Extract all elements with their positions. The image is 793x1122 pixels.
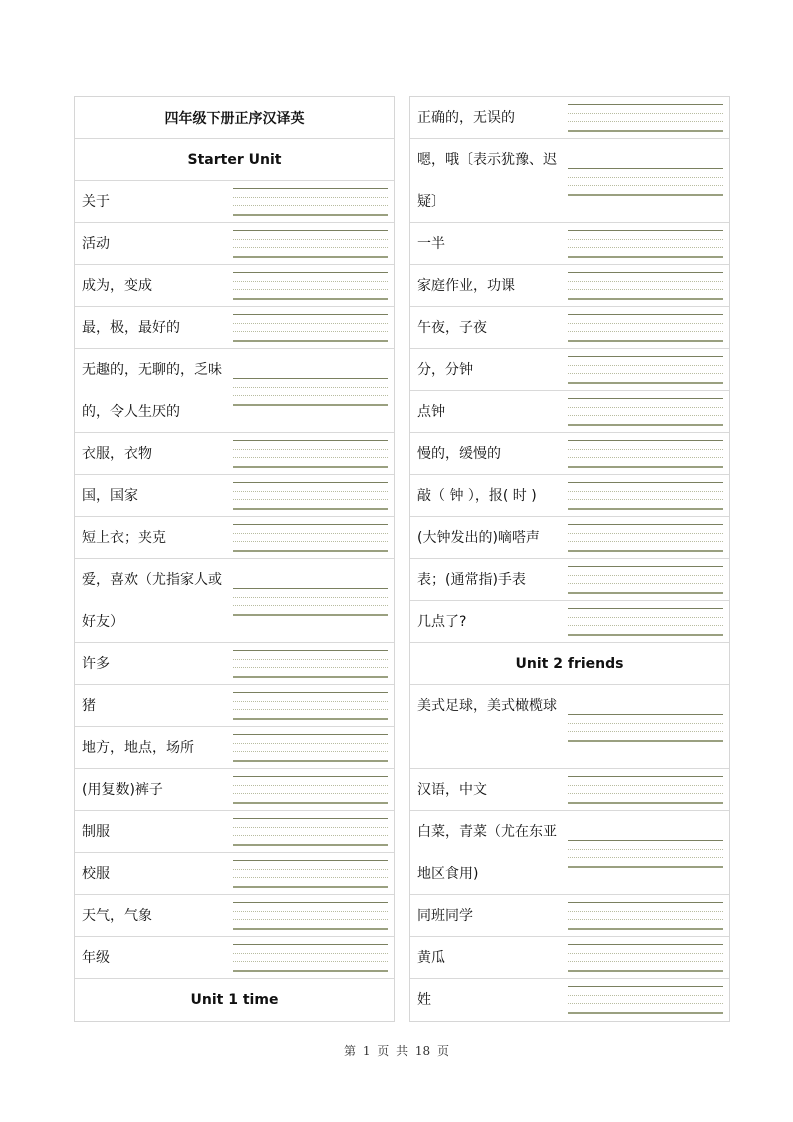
- guide-line: [233, 676, 388, 678]
- answer-writing-lines[interactable]: [568, 608, 723, 635]
- guide-line: [233, 323, 388, 324]
- guide-line: [233, 508, 388, 510]
- guide-line: [233, 614, 388, 616]
- chinese-prompt: 白菜，青菜（尤在东亚地区食用): [417, 811, 557, 895]
- answer-writing-lines[interactable]: [568, 482, 723, 509]
- guide-line: [568, 1003, 723, 1004]
- answer-writing-lines[interactable]: [233, 902, 388, 929]
- guide-line: [568, 289, 723, 290]
- guide-line: [233, 802, 388, 804]
- vocab-row: 慢的，缓慢的: [410, 433, 729, 475]
- guide-line: [233, 239, 388, 240]
- guide-line: [568, 457, 723, 458]
- guide-line: [233, 911, 388, 912]
- guide-line: [233, 378, 388, 379]
- vocab-row: 黄瓜: [410, 937, 729, 979]
- answer-writing-lines[interactable]: [568, 230, 723, 257]
- guide-line: [568, 340, 723, 342]
- vocab-row: 美式足球，美式橄榄球: [410, 685, 729, 769]
- guide-line: [568, 256, 723, 258]
- guide-line: [233, 214, 388, 216]
- guide-line: [568, 168, 723, 169]
- guide-line: [233, 205, 388, 206]
- guide-line: [233, 230, 388, 231]
- guide-line: [233, 197, 388, 198]
- vocab-row: 白菜，青菜（尤在东亚地区食用): [410, 811, 729, 895]
- guide-line: [233, 835, 388, 836]
- chinese-prompt: 猪: [82, 685, 232, 727]
- guide-line: [568, 802, 723, 804]
- page-footer: 第 1 页 共 18 页: [0, 1042, 793, 1059]
- chinese-prompt: 国，国家: [82, 475, 232, 517]
- guide-line: [568, 121, 723, 122]
- guide-line: [233, 659, 388, 660]
- answer-writing-lines[interactable]: [568, 566, 723, 593]
- guide-line: [568, 440, 723, 441]
- guide-line: [568, 323, 723, 324]
- answer-writing-lines[interactable]: [233, 230, 388, 257]
- chinese-prompt: 成为，变成: [82, 265, 232, 307]
- guide-line: [233, 818, 388, 819]
- guide-line: [568, 407, 723, 408]
- guide-line: [568, 356, 723, 357]
- vocab-row: 制服: [75, 811, 394, 853]
- guide-line: [233, 709, 388, 710]
- answer-writing-lines[interactable]: [568, 398, 723, 425]
- answer-writing-lines[interactable]: [568, 524, 723, 551]
- guide-line: [233, 588, 388, 589]
- vocab-row: 一半: [410, 223, 729, 265]
- guide-line: [233, 886, 388, 888]
- vocab-row: 猪: [75, 685, 394, 727]
- guide-line: [568, 247, 723, 248]
- guide-line: [568, 281, 723, 282]
- guide-line: [568, 944, 723, 945]
- answer-writing-lines[interactable]: [568, 104, 723, 131]
- right-vocab-table: 正确的，无误的嗯，哦〔表示犹豫、迟疑〕一半家庭作业，功课午夜，子夜分，分钟点钟慢…: [409, 96, 730, 1022]
- answer-writing-lines[interactable]: [233, 440, 388, 467]
- chinese-prompt: 姓: [417, 979, 567, 1021]
- guide-line: [568, 583, 723, 584]
- guide-line: [568, 919, 723, 920]
- unit-heading: Unit 1 time: [75, 979, 394, 1021]
- answer-writing-lines[interactable]: [568, 440, 723, 467]
- guide-line: [568, 550, 723, 552]
- guide-line: [233, 256, 388, 258]
- chinese-prompt: 许多: [82, 643, 232, 685]
- guide-line: [568, 970, 723, 972]
- guide-line: [233, 524, 388, 525]
- guide-line: [568, 272, 723, 273]
- guide-line: [233, 844, 388, 846]
- chinese-prompt: (用复数)裤子: [82, 769, 232, 811]
- chinese-prompt: (大钟发出的)嘀嗒声: [417, 517, 567, 559]
- vocab-row: 最，极，最好的: [75, 307, 394, 349]
- unit-heading: Starter Unit: [75, 139, 394, 181]
- guide-line: [568, 731, 723, 732]
- guide-line: [568, 961, 723, 962]
- guide-line: [568, 785, 723, 786]
- chinese-prompt: 爱，喜欢（尤指家人或好友）: [82, 559, 222, 643]
- guide-line: [568, 625, 723, 626]
- guide-line: [233, 597, 388, 598]
- guide-line: [233, 272, 388, 273]
- chinese-prompt: 慢的，缓慢的: [417, 433, 567, 475]
- answer-writing-lines[interactable]: [233, 524, 388, 551]
- guide-line: [568, 424, 723, 426]
- guide-line: [568, 714, 723, 715]
- guide-line: [568, 1012, 723, 1014]
- guide-line: [568, 415, 723, 416]
- guide-line: [568, 575, 723, 576]
- guide-line: [568, 840, 723, 841]
- guide-line: [568, 104, 723, 105]
- guide-line: [568, 194, 723, 196]
- guide-line: [568, 533, 723, 534]
- guide-line: [233, 743, 388, 744]
- vocab-row: 午夜，子夜: [410, 307, 729, 349]
- guide-line: [233, 491, 388, 492]
- guide-line: [568, 902, 723, 903]
- guide-line: [568, 130, 723, 132]
- guide-line: [233, 281, 388, 282]
- guide-line: [233, 785, 388, 786]
- guide-line: [568, 849, 723, 850]
- guide-line: [233, 314, 388, 315]
- guide-line: [568, 723, 723, 724]
- answer-writing-lines[interactable]: [233, 818, 388, 845]
- chinese-prompt: 汉语，中文: [417, 769, 567, 811]
- vocab-row: 爱，喜欢（尤指家人或好友）: [75, 559, 394, 643]
- guide-line: [568, 499, 723, 500]
- chinese-prompt: 几点了?: [417, 601, 567, 643]
- guide-line: [233, 718, 388, 720]
- vocab-row: 成为，变成: [75, 265, 394, 307]
- chinese-prompt: 衣服，衣物: [82, 433, 232, 475]
- guide-line: [233, 404, 388, 406]
- answer-writing-lines[interactable]: [233, 776, 388, 803]
- guide-line: [568, 382, 723, 384]
- vocab-row: 短上衣；夹克: [75, 517, 394, 559]
- answer-writing-lines[interactable]: [233, 588, 388, 615]
- guide-line: [568, 373, 723, 374]
- guide-line: [233, 298, 388, 300]
- guide-line: [233, 776, 388, 777]
- guide-line: [233, 692, 388, 693]
- unit-heading: Unit 2 friends: [410, 643, 729, 685]
- guide-line: [568, 524, 723, 525]
- guide-line: [568, 398, 723, 399]
- chinese-prompt: 天气，气象: [82, 895, 232, 937]
- answer-writing-lines[interactable]: [233, 314, 388, 341]
- vocab-row: 家庭作业，功课: [410, 265, 729, 307]
- left-vocab-table: 四年级下册正序汉译英Starter Unit关于活动成为，变成最，极，最好的无趣…: [74, 96, 395, 1022]
- vocab-row: 同班同学: [410, 895, 729, 937]
- chinese-prompt: 正确的，无误的: [417, 97, 567, 139]
- guide-line: [568, 185, 723, 186]
- guide-line: [233, 667, 388, 668]
- guide-line: [233, 760, 388, 762]
- guide-line: [568, 911, 723, 912]
- guide-line: [233, 793, 388, 794]
- guide-line: [568, 466, 723, 468]
- chinese-prompt: 午夜，子夜: [417, 307, 567, 349]
- guide-line: [568, 314, 723, 315]
- guide-line: [233, 860, 388, 861]
- vocab-row: 衣服，衣物: [75, 433, 394, 475]
- answer-writing-lines[interactable]: [233, 650, 388, 677]
- guide-line: [568, 113, 723, 114]
- guide-line: [568, 482, 723, 483]
- chinese-prompt: 分，分钟: [417, 349, 567, 391]
- answer-writing-lines[interactable]: [568, 902, 723, 929]
- guide-line: [568, 331, 723, 332]
- guide-line: [568, 857, 723, 858]
- guide-line: [233, 953, 388, 954]
- guide-line: [568, 566, 723, 567]
- guide-line: [233, 188, 388, 189]
- chinese-prompt: 活动: [82, 223, 232, 265]
- guide-line: [233, 457, 388, 458]
- guide-line: [568, 608, 723, 609]
- chinese-prompt: 一半: [417, 223, 567, 265]
- vocab-row: 分，分钟: [410, 349, 729, 391]
- chinese-prompt: 黄瓜: [417, 937, 567, 979]
- answer-writing-lines[interactable]: [568, 356, 723, 383]
- vocab-row: 几点了?: [410, 601, 729, 643]
- guide-line: [233, 869, 388, 870]
- guide-line: [568, 986, 723, 987]
- vocab-row: 无趣的，无聊的，乏味的，令人生厌的: [75, 349, 394, 433]
- guide-line: [568, 508, 723, 510]
- answer-writing-lines[interactable]: [233, 734, 388, 761]
- guide-line: [568, 491, 723, 492]
- guide-line: [233, 482, 388, 483]
- chinese-prompt: 家庭作业，功课: [417, 265, 567, 307]
- vocab-row: 表；(通常指)手表: [410, 559, 729, 601]
- answer-writing-lines[interactable]: [568, 776, 723, 803]
- answer-writing-lines[interactable]: [568, 944, 723, 971]
- answer-writing-lines[interactable]: [233, 188, 388, 215]
- guide-line: [233, 331, 388, 332]
- guide-line: [233, 827, 388, 828]
- answer-writing-lines[interactable]: [568, 272, 723, 299]
- vocab-row: 地方，地点，场所: [75, 727, 394, 769]
- answer-writing-lines[interactable]: [568, 168, 723, 195]
- chinese-prompt: 短上衣；夹克: [82, 517, 232, 559]
- chinese-prompt: 年级: [82, 937, 232, 979]
- chinese-prompt: 敲（ 钟 ），报( 时 ): [417, 475, 567, 517]
- guide-line: [233, 919, 388, 920]
- guide-line: [233, 449, 388, 450]
- vocab-row: 点钟: [410, 391, 729, 433]
- guide-line: [233, 247, 388, 248]
- guide-line: [568, 230, 723, 231]
- answer-writing-lines[interactable]: [233, 860, 388, 887]
- answer-writing-lines[interactable]: [233, 272, 388, 299]
- guide-line: [233, 734, 388, 735]
- guide-line: [233, 440, 388, 441]
- answer-writing-lines[interactable]: [568, 714, 723, 741]
- chinese-prompt: 关于: [82, 181, 232, 223]
- guide-line: [233, 970, 388, 972]
- document-title: 四年级下册正序汉译英: [75, 97, 394, 139]
- guide-line: [568, 866, 723, 868]
- vocab-row: 正确的，无误的: [410, 97, 729, 139]
- chinese-prompt: 地方，地点，场所: [82, 727, 232, 769]
- chinese-prompt: 表；(通常指)手表: [417, 559, 567, 601]
- vocab-row: 关于: [75, 181, 394, 223]
- answer-writing-lines[interactable]: [568, 314, 723, 341]
- guide-line: [233, 533, 388, 534]
- guide-line: [568, 449, 723, 450]
- guide-line: [568, 365, 723, 366]
- chinese-prompt: 点钟: [417, 391, 567, 433]
- vocab-row: 许多: [75, 643, 394, 685]
- vocab-row: 活动: [75, 223, 394, 265]
- guide-line: [568, 239, 723, 240]
- answer-writing-lines[interactable]: [233, 482, 388, 509]
- guide-line: [233, 701, 388, 702]
- chinese-prompt: 校服: [82, 853, 232, 895]
- guide-line: [568, 541, 723, 542]
- vocab-row: 嗯，哦〔表示犹豫、迟疑〕: [410, 139, 729, 223]
- guide-line: [568, 740, 723, 742]
- vocab-row: 姓: [410, 979, 729, 1021]
- guide-line: [233, 340, 388, 342]
- chinese-prompt: 无趣的，无聊的，乏味的，令人生厌的: [82, 349, 222, 433]
- guide-line: [233, 902, 388, 903]
- vocab-row: (用复数)裤子: [75, 769, 394, 811]
- guide-line: [233, 289, 388, 290]
- answer-writing-lines[interactable]: [233, 944, 388, 971]
- guide-line: [233, 395, 388, 396]
- guide-line: [568, 617, 723, 618]
- guide-line: [568, 634, 723, 636]
- vocab-row: 敲（ 钟 ），报( 时 ): [410, 475, 729, 517]
- guide-line: [568, 928, 723, 930]
- guide-line: [233, 541, 388, 542]
- guide-line: [233, 751, 388, 752]
- guide-line: [568, 953, 723, 954]
- guide-line: [233, 650, 388, 651]
- guide-line: [233, 877, 388, 878]
- guide-line: [233, 550, 388, 552]
- answer-writing-lines[interactable]: [233, 692, 388, 719]
- guide-line: [568, 776, 723, 777]
- guide-line: [568, 298, 723, 300]
- vocab-row: 汉语，中文: [410, 769, 729, 811]
- vocab-row: 天气，气象: [75, 895, 394, 937]
- guide-line: [233, 928, 388, 930]
- chinese-prompt: 美式足球，美式橄榄球: [417, 685, 557, 727]
- answer-writing-lines[interactable]: [233, 378, 388, 405]
- guide-line: [233, 499, 388, 500]
- guide-line: [233, 605, 388, 606]
- chinese-prompt: 同班同学: [417, 895, 567, 937]
- guide-line: [568, 177, 723, 178]
- guide-line: [568, 793, 723, 794]
- vocab-row: 年级: [75, 937, 394, 979]
- vocab-row: 校服: [75, 853, 394, 895]
- guide-line: [233, 961, 388, 962]
- vocab-row: 国，国家: [75, 475, 394, 517]
- chinese-prompt: 最，极，最好的: [82, 307, 232, 349]
- guide-line: [233, 944, 388, 945]
- vocab-row: (大钟发出的)嘀嗒声: [410, 517, 729, 559]
- guide-line: [568, 592, 723, 594]
- guide-line: [568, 995, 723, 996]
- guide-line: [233, 387, 388, 388]
- chinese-prompt: 嗯，哦〔表示犹豫、迟疑〕: [417, 139, 557, 223]
- answer-writing-lines[interactable]: [568, 840, 723, 867]
- chinese-prompt: 制服: [82, 811, 232, 853]
- guide-line: [233, 466, 388, 468]
- answer-writing-lines[interactable]: [568, 986, 723, 1013]
